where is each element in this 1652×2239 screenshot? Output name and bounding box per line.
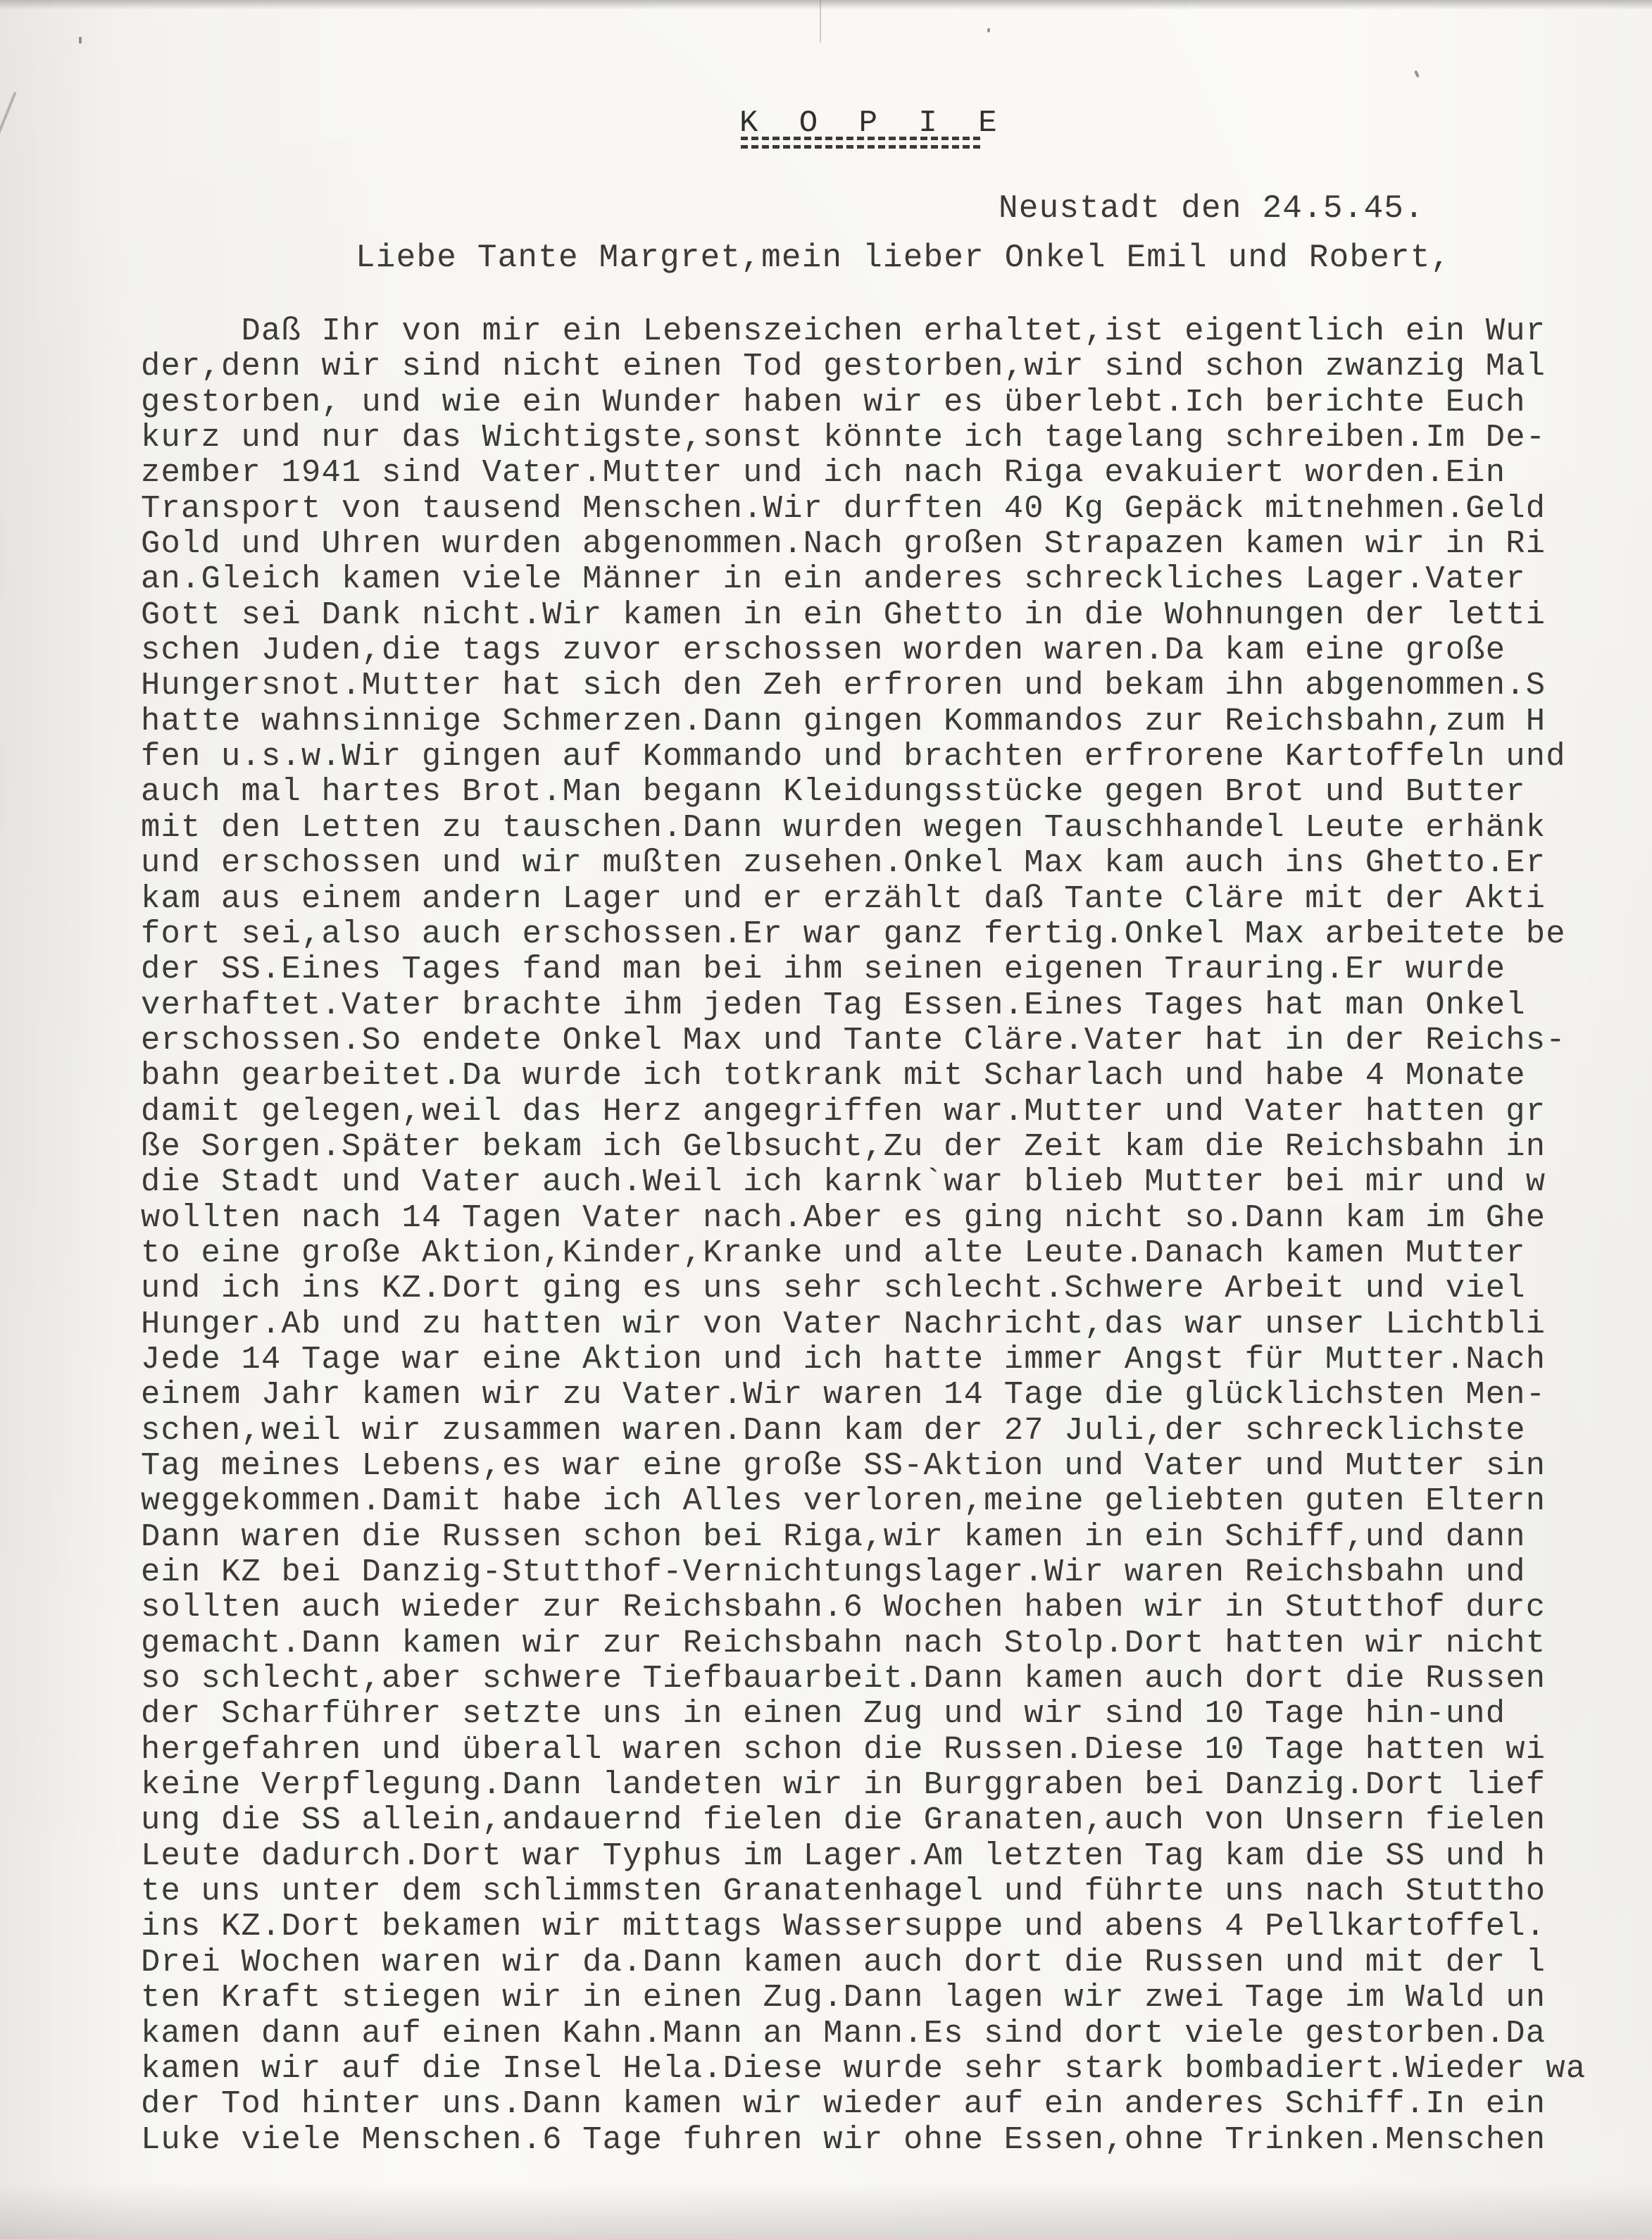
body-line: kamen wir auf die Insel Hela.Diese wurde… — [141, 2051, 1652, 2086]
body-line: Leute dadurch.Dort war Typhus im Lager.A… — [141, 1838, 1652, 1873]
body-line: Transport von tausend Menschen.Wir durft… — [141, 491, 1652, 526]
body-line: damit gelegen,weil das Herz angegriffen … — [141, 1094, 1652, 1129]
paper-scratch-mark — [0, 92, 17, 223]
paper-speck — [987, 28, 990, 32]
body-line: an.Gleich kamen viele Männer in ein ande… — [141, 561, 1652, 597]
body-line: to eine große Aktion,Kinder,Kranke und a… — [141, 1235, 1652, 1271]
body-line: erschossen.So endete Onkel Max und Tante… — [141, 1023, 1652, 1058]
body-line: Gott sei Dank nicht.Wir kamen in ein Ghe… — [141, 597, 1652, 632]
body-line: so schlecht,aber schwere Tiefbauarbeit.D… — [141, 1661, 1652, 1696]
body-line: auch mal hartes Brot.Man begann Kleidung… — [141, 774, 1652, 809]
body-line: ung die SS allein,andauernd fielen die G… — [141, 1802, 1652, 1838]
paper-speck — [1414, 70, 1420, 78]
body-line: der Tod hinter uns.Dann kamen wir wieder… — [141, 2086, 1652, 2121]
body-line: ten Kraft stiegen wir in einen Zug.Dann … — [141, 1980, 1652, 2015]
body-line: kurz und nur das Wichtigste,sonst könnte… — [141, 420, 1652, 455]
body-line: und ich ins KZ.Dort ging es uns sehr sch… — [141, 1271, 1652, 1306]
paper-speck — [79, 37, 82, 44]
body-line: te uns unter dem schlimmsten Granatenhag… — [141, 1873, 1652, 1909]
body-line: ein KZ bei Danzig-Stutthof-Vernichtungsl… — [141, 1554, 1652, 1590]
body-line: Tag meines Lebens,es war eine große SS-A… — [141, 1448, 1652, 1483]
body-line: hatte wahnsinnige Schmerzen.Dann gingen … — [141, 704, 1652, 739]
body-line: Luke viele Menschen.6 Tage fuhren wir oh… — [141, 2122, 1652, 2157]
body-line: fen u.s.w.Wir gingen auf Kommando und br… — [141, 739, 1652, 774]
body-line: sollten auch wieder zur Reichsbahn.6 Woc… — [141, 1590, 1652, 1625]
body-line: Drei Wochen waren wir da.Dann kamen auch… — [141, 1945, 1652, 1980]
body-line: weggekommen.Damit habe ich Alles verlore… — [141, 1483, 1652, 1518]
paper-fold-mark — [820, 0, 821, 42]
body-line: Jede 14 Tage war eine Aktion und ich hat… — [141, 1342, 1652, 1377]
dateline: Neustadt den 24.5.45. — [999, 190, 1425, 227]
body-line: mit den Letten zu tauschen.Dann wurden w… — [141, 810, 1652, 845]
body-line: ins KZ.Dort bekamen wir mittags Wassersu… — [141, 1909, 1652, 1944]
body-line: schen Juden,die tags zuvor erschossen wo… — [141, 632, 1652, 668]
title-underline — [741, 137, 980, 140]
body-line: Hunger.Ab und zu hatten wir von Vater Na… — [141, 1306, 1652, 1342]
body-line: die Stadt und Vater auch.Weil ich karnk`… — [141, 1164, 1652, 1199]
body-line: hergefahren und überall waren schon die … — [141, 1732, 1652, 1767]
body-line: Dann waren die Russen schon bei Riga,wir… — [141, 1519, 1652, 1554]
body-line: gemacht.Dann kamen wir zur Reichsbahn na… — [141, 1626, 1652, 1661]
salutation: Liebe Tante Margret,mein lieber Onkel Em… — [356, 239, 1451, 276]
body-line: gestorben, und wie ein Wunder haben wir … — [141, 385, 1652, 420]
body-line: verhaftet.Vater brachte ihm jeden Tag Es… — [141, 987, 1652, 1023]
body-line: Hungersnot.Mutter hat sich den Zeh erfro… — [141, 668, 1652, 703]
body-line: und erschossen und wir mußten zusehen.On… — [141, 845, 1652, 880]
body-line: fort sei,also auch erschossen.Er war gan… — [141, 916, 1652, 952]
document-page: K O P I E Neustadt den 24.5.45. Liebe Ta… — [0, 0, 1652, 2239]
title-underline — [741, 145, 980, 149]
letter-body: Daß Ihr von mir ein Lebenszeichen erhalt… — [141, 313, 1652, 2157]
body-line: der,denn wir sind nicht einen Tod gestor… — [141, 349, 1652, 384]
body-line: kamen dann auf einen Kahn.Mann an Mann.E… — [141, 2016, 1652, 2051]
body-line: Gold und Uhren wurden abgenommen.Nach gr… — [141, 526, 1652, 561]
body-line: der SS.Eines Tages fand man bei ihm sein… — [141, 952, 1652, 987]
body-line: der Scharführer setzte uns in einen Zug … — [141, 1696, 1652, 1731]
paper-top-edge — [0, 0, 1652, 10]
body-line: bahn gearbeitet.Da wurde ich totkrank mi… — [141, 1058, 1652, 1093]
body-line: wollten nach 14 Tagen Vater nach.Aber es… — [141, 1200, 1652, 1235]
body-line: Daß Ihr von mir ein Lebenszeichen erhalt… — [141, 313, 1652, 349]
body-line: kam aus einem andern Lager und er erzähl… — [141, 881, 1652, 916]
body-line: einem Jahr kamen wir zu Vater.Wir waren … — [141, 1377, 1652, 1412]
body-line: schen,weil wir zusammen waren.Dann kam d… — [141, 1413, 1652, 1448]
body-line: keine Verpflegung.Dann landeten wir in B… — [141, 1767, 1652, 1802]
body-line: zember 1941 sind Vater.Mutter und ich na… — [141, 455, 1652, 490]
body-line: ße Sorgen.Später bekam ich Gelbsucht,Zu … — [141, 1129, 1652, 1164]
document-title: K O P I E — [739, 106, 1008, 141]
paper-bottom-shadow — [0, 2183, 1652, 2239]
